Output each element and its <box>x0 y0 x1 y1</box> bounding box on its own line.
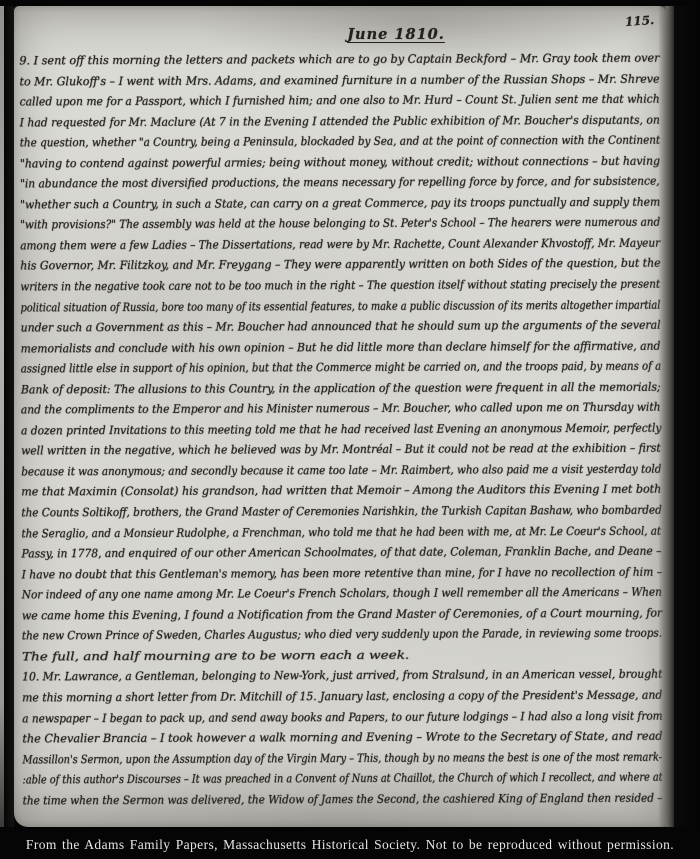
manuscript-line: :able of this author's Discourses – It w… <box>22 767 662 790</box>
manuscript-line: "whether such a Country, in such a State… <box>20 191 660 214</box>
manuscript-line: the question, whether "a Country, being … <box>20 130 660 153</box>
manuscript-line: well written in the negative, which he b… <box>21 438 661 461</box>
manuscript-line: I had requested for Mr. Maclure (At 7 in… <box>20 109 660 132</box>
manuscript-line: the new Crown Prince of Sweden, Charles … <box>22 623 662 646</box>
manuscript-line: I have no doubt that this Gentleman's me… <box>22 561 663 584</box>
manuscript-line: Nor indeed of any one name among Mr. Le … <box>22 582 662 605</box>
manuscript-line: we came home this Evening, I found a Not… <box>22 602 662 625</box>
manuscript-line: because it was anonymous; and secondly b… <box>21 459 661 482</box>
manuscript-line: memorialists and conclude with his own o… <box>21 335 661 358</box>
manuscript-line: me that Maximin (Consolat) his grandson,… <box>21 479 661 502</box>
manuscript-line: "in abundance the most diversified produ… <box>20 171 660 194</box>
manuscript-line: 9. I sent off this morning the letters a… <box>19 48 659 71</box>
manuscript-line: the Chevalier Brancia – I took however a… <box>22 726 662 749</box>
manuscript-line: 10. Mr. Lawrance, a Gentleman, belonging… <box>22 664 662 687</box>
manuscript-line: Passy, in 1778, and enquired of our othe… <box>21 541 661 564</box>
manuscript-page: 115. June 1810. 9. I sent off this morni… <box>14 6 666 827</box>
manuscript-line: the time when the Sermon was delivered, … <box>23 787 663 810</box>
manuscript-line: a newspaper – I began to pack up, and se… <box>22 705 662 728</box>
manuscript-line: "with provisions?" The assembly was held… <box>20 212 660 235</box>
scan-edge-right-dark <box>672 0 700 827</box>
manuscript-line: called upon me for a Passport, which I f… <box>20 89 660 112</box>
page-edge-shadow <box>658 6 674 827</box>
manuscript-line: Bank of deposit: The allusions to this C… <box>21 376 661 399</box>
credit-bar: From the Adams Family Papers, Massachuse… <box>0 827 700 859</box>
manuscript-line: writers in the negative took care not to… <box>20 274 660 297</box>
manuscript-line: and the compliments to the Emperor and h… <box>21 397 661 420</box>
manuscript-line: the Counts Soltikoff, brothers, the Gran… <box>21 500 661 523</box>
manuscript-line: to Mr. Glukoff's – I went with Mrs. Adam… <box>19 68 659 91</box>
date-heading: June 1810. <box>70 26 666 44</box>
manuscript-line: a dozen printed Invitations to this meet… <box>21 417 661 440</box>
manuscript-line: among them were a few Ladies – The Disse… <box>20 233 660 256</box>
credit-caption: From the Adams Family Papers, Massachuse… <box>26 837 674 853</box>
manuscript-line: his Governor, Mr. Filitzkoy, and Mr. Fre… <box>20 253 660 276</box>
manuscript-line: the Seraglio, and a Monsieur Rudolphe, a… <box>21 520 661 543</box>
scan-edge-left-dark <box>4 0 14 827</box>
manuscript-line: assigned little else in support of his o… <box>21 356 661 379</box>
manuscript-line: "having to contend against powerful armi… <box>20 150 660 173</box>
manuscript-scan: 115. June 1810. 9. I sent off this morni… <box>0 0 700 859</box>
manuscript-line: political situation of Russia, bore too … <box>20 294 660 317</box>
manuscript-line: Massillon's Sermon, upon the Assumption … <box>22 746 662 769</box>
manuscript-line: me this morning a short letter from Dr. … <box>22 685 662 708</box>
manuscript-line: The full, and half mourning are to be wo… <box>22 645 409 667</box>
manuscript-line: under such a Government as this – Mr. Bo… <box>21 315 661 338</box>
manuscript-text: 9. I sent off this morning the letters a… <box>19 48 662 811</box>
